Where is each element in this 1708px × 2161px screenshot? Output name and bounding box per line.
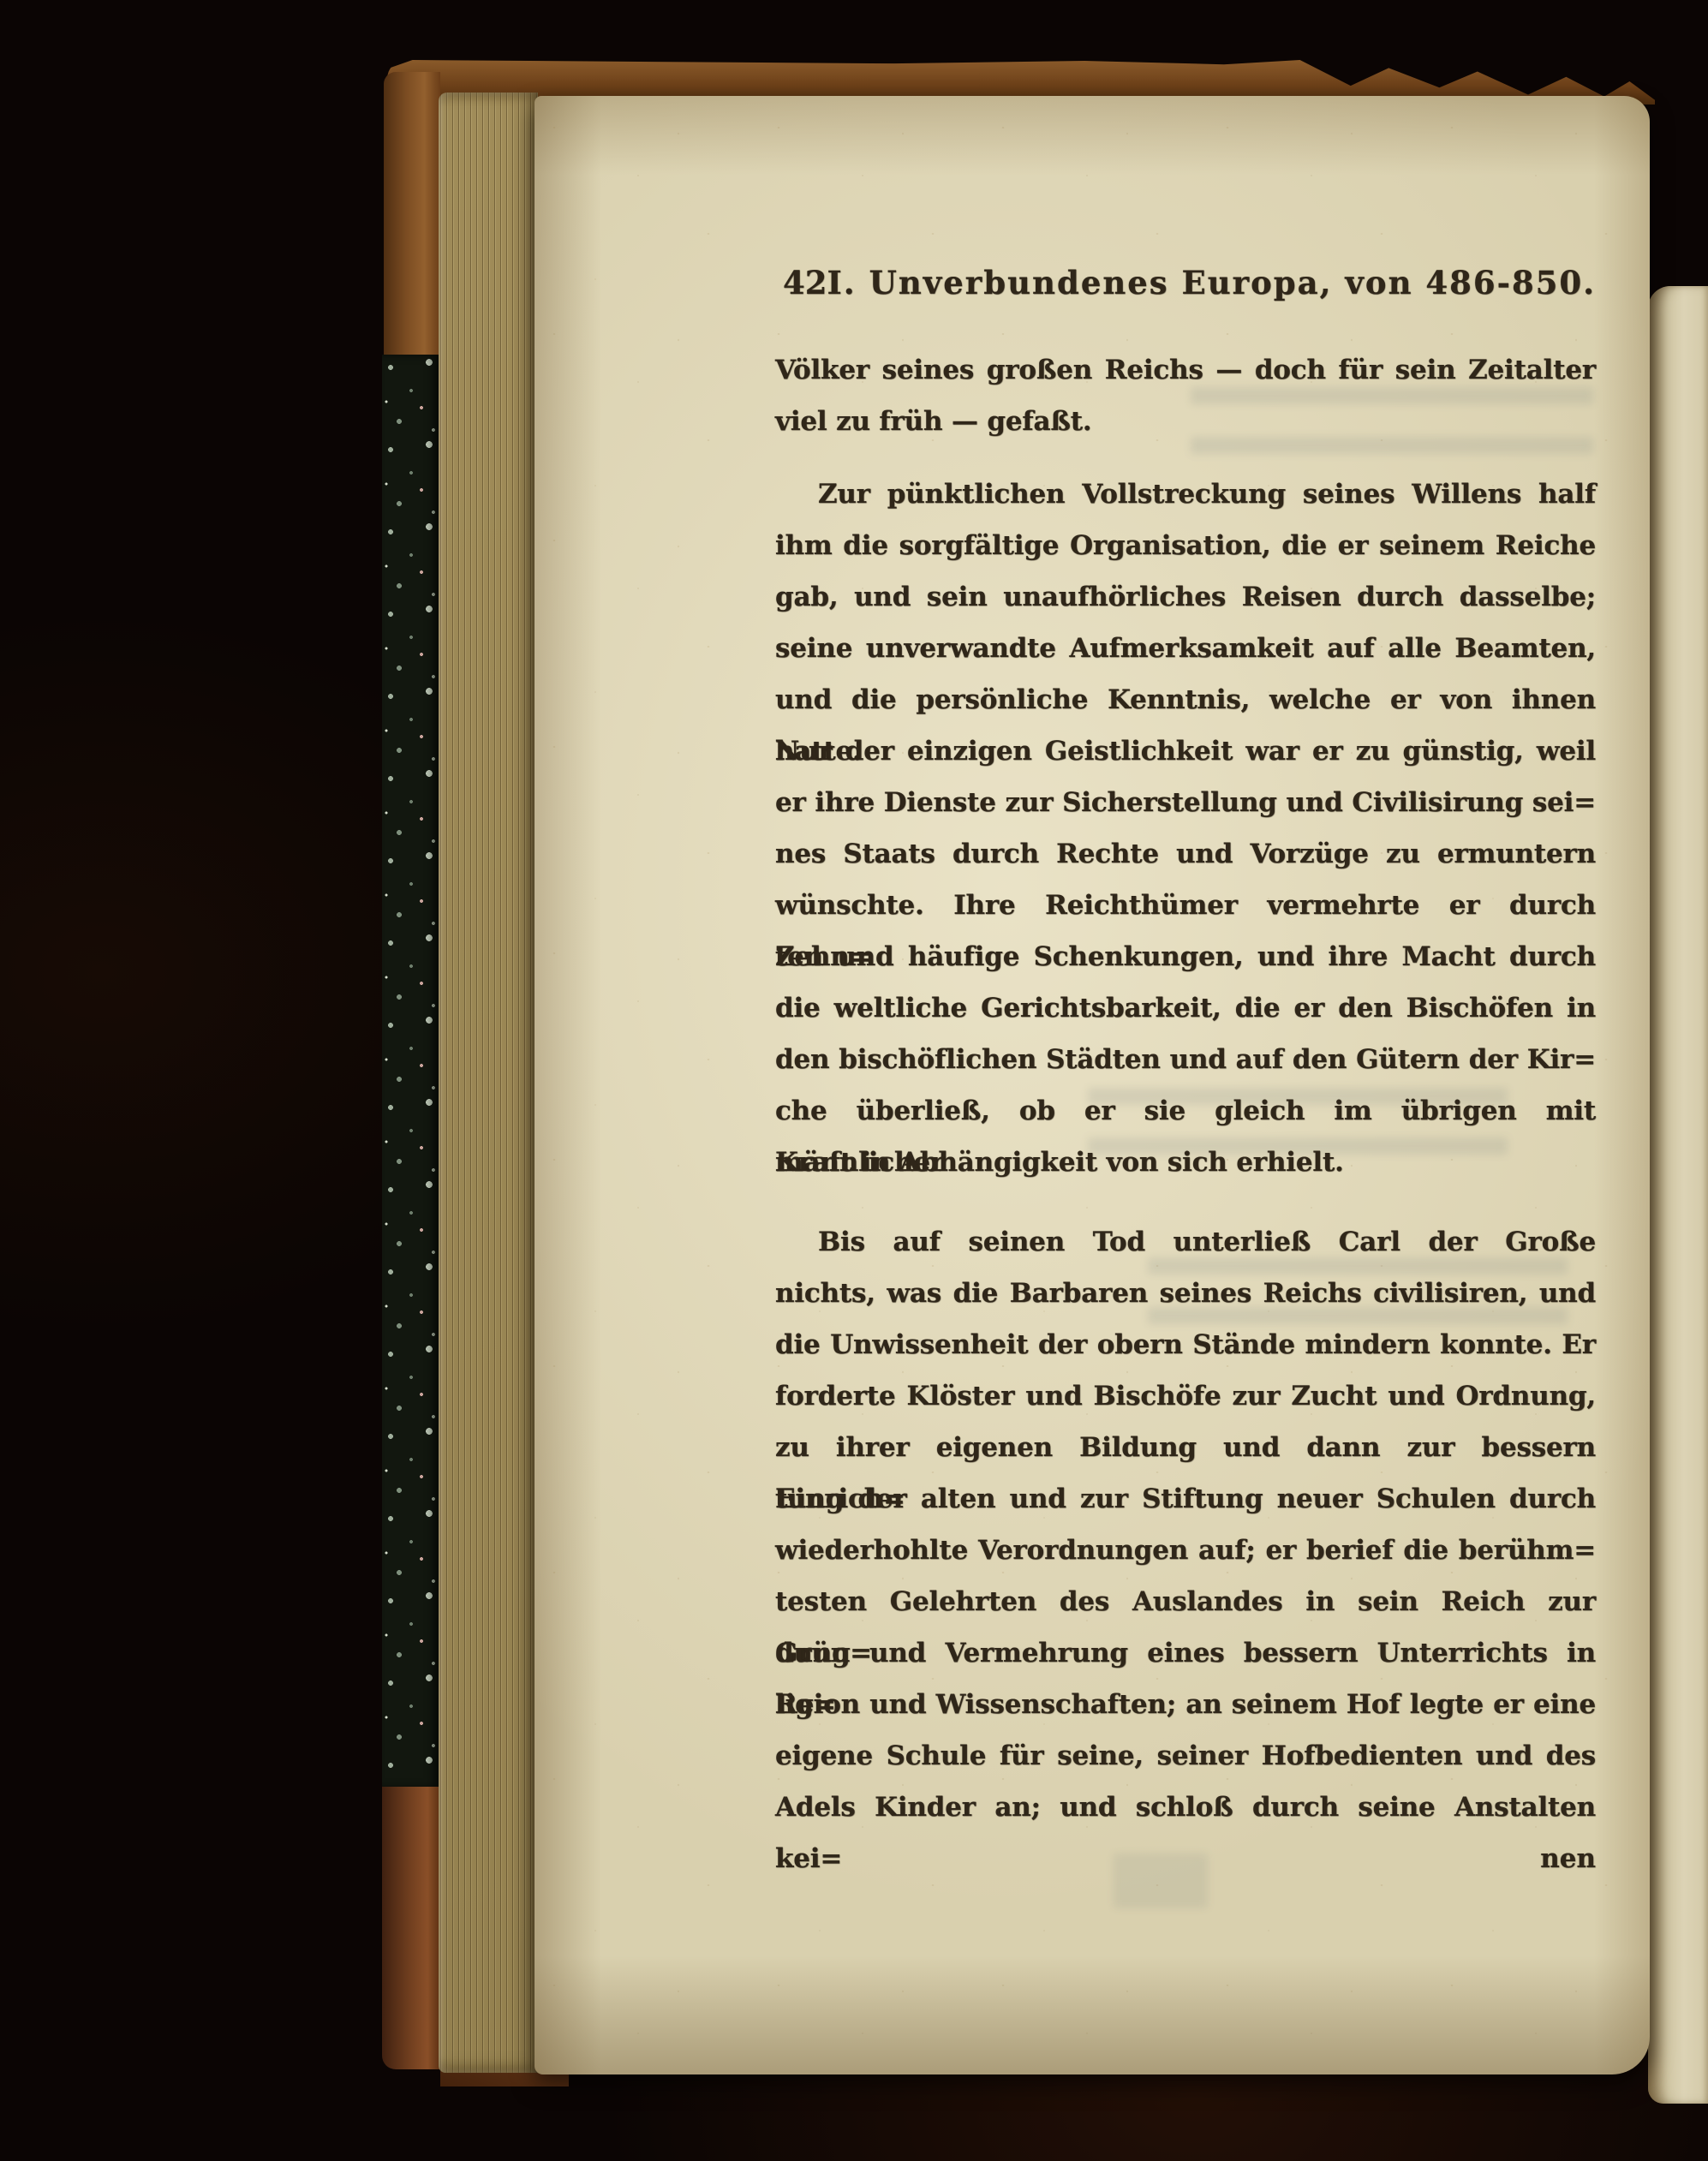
- text-line: eigene Schule für seine, seiner Hofbedie…: [775, 1730, 1596, 1782]
- text-line: ihm die sorgfältige Organisation, die er…: [775, 520, 1596, 571]
- text-line: wünschte. Ihre Reichthümer vermehrte er …: [775, 880, 1596, 931]
- text-line: den bischöflichen Städten und auf den Gü…: [775, 1034, 1596, 1085]
- text-line: Bis auf seinen Tod unterließ Carl der Gr…: [775, 1216, 1596, 1268]
- text-line: seine unverwandte Aufmerksamkeit auf all…: [775, 623, 1596, 674]
- marbled-board-cover: [382, 355, 440, 1788]
- text-line: viel zu früh — gefaßt.: [775, 396, 1596, 447]
- text-line: che überließ, ob er sie gleich im übrige…: [775, 1085, 1596, 1137]
- text-line: gab, und sein unaufhörliches Reisen durc…: [775, 571, 1596, 623]
- text-line: Völker seines großen Reichs — doch für s…: [775, 344, 1596, 396]
- paragraph: Zur pünktlichen Vollstreckung seines Wil…: [775, 469, 1596, 1188]
- leather-cover-top-left: [384, 72, 440, 356]
- leather-cover-bottom-left: [382, 1787, 440, 2069]
- text-line: die weltliche Gerichtsbarkeit, die er de…: [775, 982, 1596, 1034]
- text-line: ligion und Wissenschaften; an seinem Hof…: [775, 1679, 1596, 1730]
- chapter-title: I. Unverbundenes Europa, von 486-850.: [827, 257, 1597, 308]
- book-page: 42 I. Unverbundenes Europa, von 486-850.…: [534, 96, 1650, 2074]
- text-line: Zur pünktlichen Vollstreckung seines Wil…: [775, 469, 1596, 520]
- text-line: und die persönliche Kenntnis, welche er …: [775, 674, 1596, 725]
- book-scan-photo: 42 I. Unverbundenes Europa, von 486-850.…: [0, 0, 1708, 2161]
- text-line: wiederhohlte Verordnungen auf; er berief…: [775, 1525, 1596, 1576]
- text-line: Kraft in Abhängigkeit von sich erhielt.: [775, 1137, 1596, 1188]
- text-line: ten und häufige Schenkungen, und ihre Ma…: [775, 931, 1596, 982]
- text-line: zu ihrer eigenen Bildung und dann zur be…: [775, 1422, 1596, 1473]
- text-line: nes Staats durch Rechte und Vorzüge zu e…: [775, 828, 1596, 880]
- text-line: testen Gelehrten des Auslandes in sein R…: [775, 1576, 1596, 1627]
- text-line: dung und Vermehrung eines bessern Unterr…: [775, 1627, 1596, 1679]
- next-page-edge: [1648, 286, 1708, 2104]
- text-line: nichts, was die Barbaren seines Reichs c…: [775, 1268, 1596, 1319]
- text-line: die Unwissenheit der obern Stände minder…: [775, 1319, 1596, 1370]
- text-line: tung der alten und zur Stiftung neuer Sc…: [775, 1473, 1596, 1525]
- text-line: forderte Klöster und Bischöfe zur Zucht …: [775, 1370, 1596, 1422]
- text-line: Nur der einzigen Geistlichkeit war er zu…: [775, 725, 1596, 777]
- paragraph: Bis auf seinen Tod unterließ Carl der Gr…: [775, 1216, 1596, 1833]
- running-head: 42 I. Unverbundenes Europa, von 486-850.: [783, 257, 1593, 308]
- text-line: Adels Kinder an; und schloß durch seine …: [775, 1782, 1596, 1833]
- paragraph: Völker seines großen Reichs — doch für s…: [775, 344, 1596, 447]
- catchword: nen: [775, 1833, 1596, 1884]
- text-line: er ihre Dienste zur Sicherstellung und C…: [775, 777, 1596, 828]
- page-edge-stack: [439, 93, 538, 2073]
- page-number: 42: [783, 257, 827, 308]
